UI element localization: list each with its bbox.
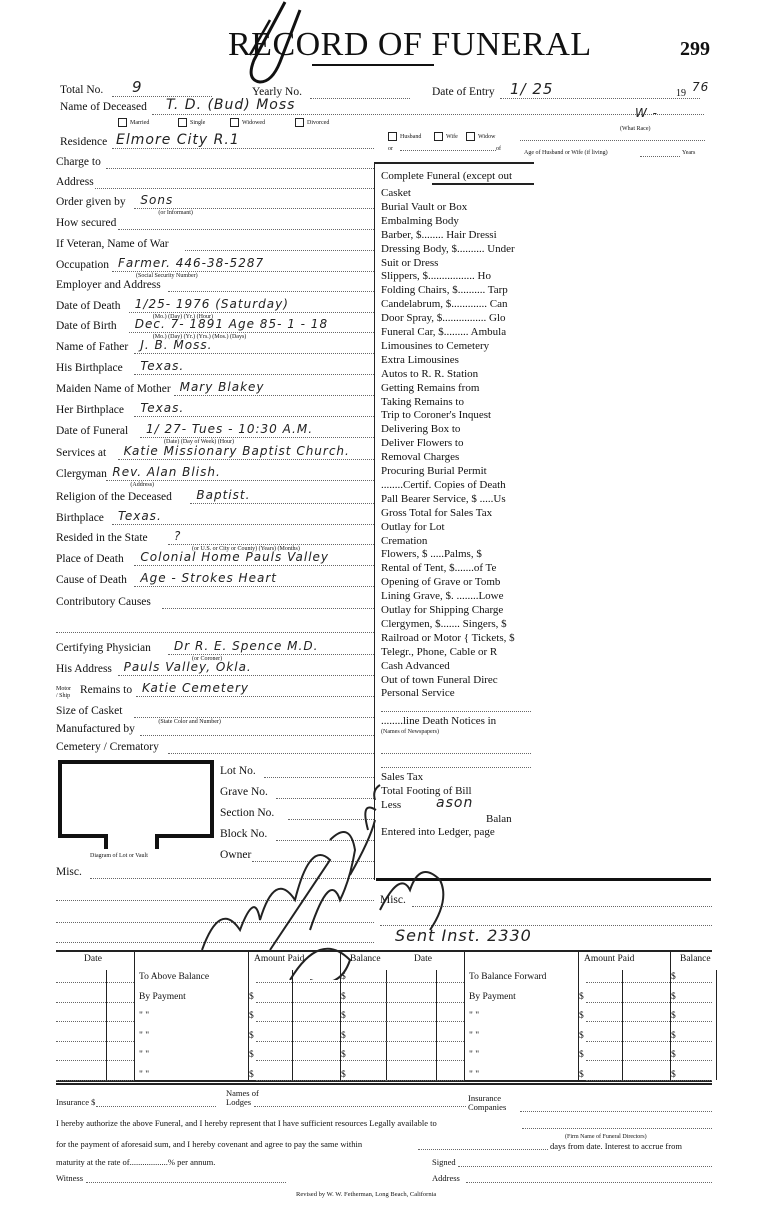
ledger-date-field[interactable] <box>386 1060 464 1061</box>
total-no-value[interactable]: 9 <box>132 78 143 96</box>
charge-funeral-car-ambula: Funeral Car, $......... Ambula <box>381 326 506 338</box>
checkbox-icon <box>434 132 443 141</box>
lot-diagram-leg-left <box>104 834 108 849</box>
marital-single[interactable]: Single <box>178 118 205 127</box>
birthplace-label: Birthplace <box>56 512 104 524</box>
ledger-amount-subrule <box>622 970 623 1080</box>
charge-taking-remains-to: Taking Remains to <box>381 396 464 408</box>
charge-door-spray-glo: Door Spray, $................ Glo <box>381 312 506 324</box>
employer-and-address-label: Employer and Address <box>56 279 161 291</box>
payment-text: for the payment of aforesaid sum, and I … <box>56 1139 362 1149</box>
spouse-line[interactable] <box>400 150 496 151</box>
charge-procuring-burial-permit: Procuring Burial Permit <box>381 465 487 477</box>
services-at-field[interactable] <box>118 459 374 460</box>
resided-in-the-state-value[interactable]: ? <box>174 529 181 543</box>
charges-top-rule <box>374 162 534 164</box>
cause-of-death-field[interactable] <box>134 586 374 587</box>
cemetery-crematory-field[interactable] <box>168 753 374 754</box>
ledger-date-subrule <box>436 970 437 1080</box>
name-of-father-label: Name of Father <box>56 341 128 353</box>
clergyman-value[interactable]: Rev. Alan Blish. <box>112 465 220 479</box>
charge-lining-grave-lowe: Lining Grave, $. ........Lowe <box>381 590 504 602</box>
checkbox-icon <box>295 118 304 127</box>
ledger-date-field[interactable] <box>386 1021 464 1022</box>
date-of-birth-field[interactable] <box>129 332 374 333</box>
name-of-deceased-value[interactable]: T. D. (Bud) Moss <box>166 97 295 113</box>
charge-opening-of-grave-or-tomb: Opening of Grave or Tomb <box>381 576 500 588</box>
charge-extra-limousines: Extra Limousines <box>381 354 459 366</box>
charges-heading-underline <box>432 183 534 185</box>
ledger-row-line <box>256 1041 386 1042</box>
ledger-amount-field[interactable]: $ <box>249 992 254 1002</box>
ledger-row-line <box>256 1080 386 1081</box>
charge-folding-chairs-tarp: Folding Chairs, $.......... Tarp <box>381 284 508 296</box>
ledger-row-line <box>586 1021 712 1022</box>
how-secured-field[interactable] <box>118 229 374 230</box>
charge-out-of-town-funeral-direc: Out of town Funeral Direc <box>381 674 498 686</box>
ledger-balance-subrule <box>386 970 387 1080</box>
ledger-amount-field[interactable]: $ <box>249 1031 254 1041</box>
charge-blank-line[interactable] <box>381 753 531 754</box>
his-birthplace-field[interactable] <box>134 374 374 375</box>
residence-label: Residence <box>60 136 107 148</box>
charge-cash-advanced: Cash Advanced <box>381 660 450 672</box>
spouse-of: of <box>496 146 501 152</box>
witness-field[interactable] <box>86 1182 286 1183</box>
revised-credit: Revised by W. W. Fetherman, Long Beach, … <box>296 1191 436 1198</box>
misc-left-label: Misc. <box>56 866 82 878</box>
ledger-row-line <box>256 1002 386 1003</box>
ledger-date-subrule <box>106 970 107 1080</box>
ledger-row-label: " " <box>469 1031 479 1041</box>
ledger-row-line <box>256 1021 386 1022</box>
ledger-balance-field[interactable]: $ <box>341 1050 346 1060</box>
ledger-amount-subrule <box>292 970 293 1080</box>
religion-of-the-deceased-value[interactable]: Baptist. <box>196 488 250 502</box>
date-of-birth-label: Date of Birth <box>56 320 117 332</box>
charge-gross-total-for-sales-tax: Gross Total for Sales Tax <box>381 507 492 519</box>
size-of-casket-label: Size of Casket <box>56 705 122 717</box>
date-of-funeral-field[interactable] <box>140 437 374 438</box>
charge-flowers-palms: Flowers, $ .....Palms, $ <box>381 548 482 560</box>
charge-certif-copies-of-death: ........Certif. Copies of Death <box>381 479 506 491</box>
address-label: Address <box>432 1173 460 1183</box>
ledger-date-field[interactable] <box>386 1041 464 1042</box>
residence-value[interactable]: Elmore City R.1 <box>116 132 240 148</box>
occupation-field[interactable] <box>112 271 374 272</box>
maiden-name-of-mother-label: Maiden Name of Mother <box>56 383 171 395</box>
ledger-balance-field[interactable]: $ <box>341 1070 346 1080</box>
ledger-amount-field[interactable]: $ <box>579 1031 584 1041</box>
if-veteran-name-of-war-label: If Veteran, Name of War <box>56 238 169 250</box>
ledger-row-label: To Above Balance <box>139 972 209 982</box>
certifying-physician-field[interactable] <box>168 654 374 655</box>
lot-diagram-caption: Diagram of Lot or Vault <box>90 853 148 859</box>
charge-limousines-to-cemetery: Limousines to Cemetery <box>381 340 489 352</box>
ledger-row-label: " " <box>469 1050 479 1060</box>
title-underline <box>312 64 434 66</box>
charge-removal-charges: Removal Charges <box>381 451 459 463</box>
charge-telegr-phone-cable-or-r: Telegr., Phone, Cable or R <box>381 646 497 658</box>
clergyman-caption: (Address) <box>130 482 154 488</box>
year-value[interactable]: 76 <box>692 80 709 94</box>
spouse-or: or <box>388 146 393 152</box>
companies-field[interactable] <box>520 1111 712 1112</box>
ledger-date-header: Date <box>84 954 102 964</box>
charge-candelabrum-can: Candelabrum, $............. Can <box>381 298 507 310</box>
order-given-by-label: Order given by <box>56 196 126 208</box>
ledger-row-line <box>256 982 386 983</box>
resided-in-the-state-label: Resided in the State <box>56 532 148 544</box>
ledger-date-field[interactable] <box>56 1080 134 1081</box>
blank-field[interactable] <box>56 632 374 633</box>
ledger-row-line <box>586 1002 712 1003</box>
charge-casket: Casket <box>381 187 411 199</box>
occupation-value[interactable]: Farmer. 446-38-5287 <box>118 256 264 270</box>
ledger-row-line <box>586 982 712 983</box>
year-prefix: 19 <box>676 88 686 99</box>
date-of-death-value[interactable]: 1/25- 1976 (Saturday) <box>135 297 289 311</box>
charges-heading: Complete Funeral (except out <box>381 170 512 182</box>
handwritten-signature <box>200 780 759 980</box>
if-veteran-name-of-war-field[interactable] <box>185 250 374 251</box>
name-of-deceased-label: Name of Deceased <box>60 101 147 113</box>
ledger-balance-field[interactable]: $ <box>671 1070 676 1080</box>
his-birthplace-value[interactable]: Texas. <box>140 359 184 373</box>
ledger-date-field[interactable] <box>56 1002 134 1003</box>
name-of-father-field[interactable] <box>134 353 374 354</box>
cause-of-death-label: Cause of Death <box>56 574 127 586</box>
ledger-balance-field[interactable]: $ <box>671 1031 676 1041</box>
order-given-by-value[interactable]: Sons <box>140 193 173 207</box>
spouse-age-unit: Years <box>682 150 695 156</box>
spouse-name-line[interactable] <box>520 140 705 141</box>
spouse-age-label: Age of Husband or Wife (if living) <box>524 150 608 156</box>
ledger-amount-field[interactable]: $ <box>579 1011 584 1021</box>
lot-no-field[interactable] <box>264 777 374 778</box>
ledger-row-label: By Payment <box>139 992 186 1002</box>
charge-trip-to-coroner-s-inquest: Trip to Coroner's Inquest <box>381 409 491 421</box>
checkbox-icon <box>118 118 127 127</box>
charge-delivering-box-to: Delivering Box to <box>381 423 460 435</box>
her-birthplace-field[interactable] <box>134 416 374 417</box>
charge-embalming-body: Embalming Body <box>381 215 459 227</box>
remains-to-field[interactable] <box>136 696 374 697</box>
charge-to-field[interactable] <box>106 168 374 169</box>
lot-no-label: Lot No. <box>220 765 256 777</box>
residence-line <box>112 148 374 149</box>
cause-of-death-value[interactable]: Age - Strokes Heart <box>140 571 277 585</box>
ledger-date-field[interactable] <box>56 1041 134 1042</box>
order-given-by-caption: (or Informant) <box>158 210 193 216</box>
witness-label: Witness <box>56 1173 83 1183</box>
charge-rental-of-tent-of-te: Rental of Tent, $.......of Te <box>381 562 496 574</box>
maiden-name-of-mother-field[interactable] <box>174 395 374 396</box>
ledger-balance-field[interactable]: $ <box>341 992 346 1002</box>
ledger-balance-subrule <box>716 970 717 1080</box>
ledger-amount-field[interactable]: $ <box>249 1011 254 1021</box>
maturity-text: maturity at the rate of.................… <box>56 1157 215 1167</box>
date-of-death-label: Date of Death <box>56 300 121 312</box>
ledger-date-field[interactable] <box>386 1080 464 1081</box>
place-of-death-label: Place of Death <box>56 553 124 565</box>
size-of-casket-caption: (State Color and Number) <box>158 719 220 725</box>
marital-divorced[interactable]: Divorced <box>295 118 329 127</box>
ledger-balance-field[interactable]: $ <box>671 992 676 1002</box>
birthplace-field[interactable] <box>112 524 374 525</box>
remains-to-label: Remains to <box>80 684 132 696</box>
charge-pall-bearer-service-us: Pall Bearer Service, $ .....Us <box>381 493 506 505</box>
remains-to-value[interactable]: Katie Cemetery <box>142 681 249 695</box>
ledger-row-label: By Payment <box>469 992 516 1002</box>
name-line <box>152 114 704 115</box>
charge-deliver-flowers-to: Deliver Flowers to <box>381 437 463 449</box>
companies-label: Insurance Companies <box>468 1094 518 1112</box>
charge-suit-or-dress: Suit or Dress <box>381 257 438 269</box>
lot-diagram-base-left <box>58 834 108 838</box>
charge-blank-line[interactable] <box>381 711 531 712</box>
firm-caption: (Firm Name of Funeral Directors) <box>565 1134 647 1140</box>
date-of-entry-label: Date of Entry <box>432 86 495 98</box>
clergyman-field[interactable] <box>106 480 374 481</box>
ledger-amount-field[interactable]: $ <box>579 992 584 1002</box>
ledger-date-field[interactable] <box>386 1002 464 1003</box>
address-label: Address <box>56 176 94 188</box>
spouse-wife[interactable]: Wife <box>434 132 458 141</box>
ledger-date-field[interactable] <box>56 1060 134 1061</box>
ledger-row-label: " " <box>139 1031 149 1041</box>
lot-diagram-leg-right <box>155 834 159 849</box>
manufactured-by-label: Manufactured by <box>56 723 135 735</box>
authorize-text: I hereby authorize the above Funeral, an… <box>56 1118 437 1128</box>
total-no-label: Total No. <box>60 84 103 96</box>
page-number: 299 <box>680 38 710 61</box>
spouse-husband[interactable]: Husband <box>388 132 421 141</box>
resided-in-the-state-field[interactable] <box>168 544 374 545</box>
signed-label: Signed <box>432 1157 456 1167</box>
charge-railroad-or-motor-tickets: Railroad or Motor { Tickets, $ <box>381 632 515 644</box>
ledger-column-rule <box>134 950 135 1080</box>
address-field[interactable] <box>466 1182 712 1183</box>
checkbox-icon <box>230 118 239 127</box>
charge-barber-hair-dressi: Barber, $........ Hair Dressi <box>381 229 497 241</box>
date-of-funeral-label: Date of Funeral <box>56 425 128 437</box>
contributory-causes-label: Contributory Causes <box>56 596 151 608</box>
charge-burial-vault-or-box: Burial Vault or Box <box>381 201 467 213</box>
services-at-value[interactable]: Katie Missionary Baptist Church. <box>124 444 350 458</box>
ledger-balance-field[interactable]: $ <box>341 1011 346 1021</box>
date-of-entry-value[interactable]: 1/ 25 <box>510 80 553 98</box>
contributory-causes-field[interactable] <box>162 608 374 609</box>
marital-married[interactable]: Married <box>118 118 149 127</box>
ledger-row-line <box>586 1060 712 1061</box>
charge-outlay-for-lot: Outlay for Lot <box>381 521 445 533</box>
ledger-row-line <box>586 1041 712 1042</box>
ledger-date-field[interactable] <box>56 982 134 983</box>
charge-line-death-notices-in: ........line Death Notices in <box>381 715 496 727</box>
ledger-amount-field[interactable]: $ <box>249 1070 254 1080</box>
order-given-by-field[interactable] <box>134 208 374 209</box>
ledger-amount-field[interactable]: $ <box>249 1050 254 1060</box>
spouse-widow[interactable]: Widow <box>466 132 495 141</box>
lot-diagram-box <box>58 760 214 838</box>
ledger-row-label: " " <box>139 1050 149 1060</box>
size-of-casket-field[interactable] <box>134 717 374 718</box>
lodges-label: Names of Lodges <box>226 1089 266 1107</box>
religion-of-the-deceased-label: Religion of the Deceased <box>56 491 172 503</box>
signed-field[interactable] <box>458 1166 712 1167</box>
his-address-label: His Address <box>56 663 112 675</box>
religion-of-the-deceased-field[interactable] <box>190 503 374 504</box>
charge-slippers-ho: Slippers, $................. Ho <box>381 270 491 282</box>
charge-to-label: Charge to <box>56 156 101 168</box>
how-secured-label: How secured <box>56 217 116 229</box>
certifying-physician-label: Certifying Physician <box>56 642 151 654</box>
insurance-label: Insurance $ <box>56 1097 95 1107</box>
ledger-row-line <box>586 1080 712 1081</box>
yearly-no-field[interactable] <box>310 98 410 99</box>
maiden-name-of-mother-value[interactable]: Mary Blakey <box>180 380 265 394</box>
certifying-physician-value[interactable]: Dr R. E. Spence M.D. <box>174 639 318 653</box>
cemetery-crematory-label: Cemetery / Crematory <box>56 741 159 753</box>
firm-field[interactable] <box>522 1128 712 1129</box>
days-field[interactable] <box>418 1149 548 1150</box>
ledger-balance-field[interactable]: $ <box>671 1011 676 1021</box>
marital-widowed[interactable]: Widowed <box>230 118 265 127</box>
charge-blank-line[interactable] <box>381 767 531 768</box>
ledger-amount-field[interactable]: $ <box>579 1050 584 1060</box>
race-value[interactable]: W - <box>635 106 658 120</box>
checkbox-icon <box>388 132 397 141</box>
lodges-field[interactable] <box>254 1106 466 1107</box>
footer-rule <box>56 1083 712 1085</box>
ledger-amount-field[interactable]: $ <box>579 1070 584 1080</box>
his-address-value[interactable]: Pauls Valley, Okla. <box>124 660 252 674</box>
her-birthplace-label: Her Birthplace <box>56 404 124 416</box>
address-field[interactable] <box>95 188 374 189</box>
clergyman-label: Clergyman <box>56 468 107 480</box>
date-of-funeral-value[interactable]: 1/ 27- Tues - 10:30 A.M. <box>146 422 313 436</box>
days-text: days from date. Interest to accrue from <box>550 1141 682 1151</box>
ledger-date-field[interactable] <box>386 982 464 983</box>
spouse-age-field[interactable] <box>640 156 680 157</box>
services-at-label: Services at <box>56 447 106 459</box>
ledger-row-label: " " <box>139 1070 149 1080</box>
ledger-row-label: " " <box>139 1011 149 1021</box>
date-of-birth-value[interactable]: Dec. 7- 1891 Age 85- 1 - 18 <box>135 317 328 331</box>
manufactured-by-field[interactable] <box>140 735 374 736</box>
charge-dressing-body-under: Dressing Body, $.......... Under <box>381 243 515 255</box>
column-divider <box>374 162 375 880</box>
ledger-row-label: " " <box>469 1070 479 1080</box>
insurance-field[interactable] <box>96 1106 216 1107</box>
charge-getting-remains-from: Getting Remains from <box>381 382 479 394</box>
charge-clergymen-singers: Clergymen, $....... Singers, $ <box>381 618 507 630</box>
occupation-label: Occupation <box>56 259 109 271</box>
checkbox-icon <box>466 132 475 141</box>
charge-cremation: Cremation <box>381 535 427 547</box>
ledger-balance-field[interactable]: $ <box>671 1050 676 1060</box>
birthplace-value[interactable]: Texas. <box>118 509 162 523</box>
ledger-date-field[interactable] <box>56 1021 134 1022</box>
date-of-death-field[interactable] <box>129 312 374 313</box>
ledger-balance-field[interactable]: $ <box>341 1031 346 1041</box>
charge-personal-service: Personal Service <box>381 687 455 699</box>
his-address-field[interactable] <box>118 675 374 676</box>
charge-names-of-newspapers: (Names of Newspapers) <box>381 729 439 735</box>
charge-autos-to-r-r-station: Autos to R. R. Station <box>381 368 478 380</box>
page-title: RECORD OF FUNERAL <box>228 26 592 64</box>
charge-outlay-for-shipping-charge: Outlay for Shipping Charge <box>381 604 503 616</box>
checkbox-icon <box>178 118 187 127</box>
ledger-row-label: " " <box>469 1011 479 1021</box>
place-of-death-field[interactable] <box>134 565 374 566</box>
name-of-father-value[interactable]: J. B. Moss. <box>140 338 212 352</box>
ledger-row-line <box>256 1060 386 1061</box>
place-of-death-value[interactable]: Colonial Home Pauls Valley <box>140 550 329 564</box>
date-of-entry-line <box>500 98 700 99</box>
his-birthplace-label: His Birthplace <box>56 362 123 374</box>
motor-ship-label: Motor / Ship <box>56 686 74 700</box>
race-caption: (What Race) <box>620 126 650 132</box>
employer-and-address-field[interactable] <box>168 291 374 292</box>
her-birthplace-value[interactable]: Texas. <box>140 401 184 415</box>
